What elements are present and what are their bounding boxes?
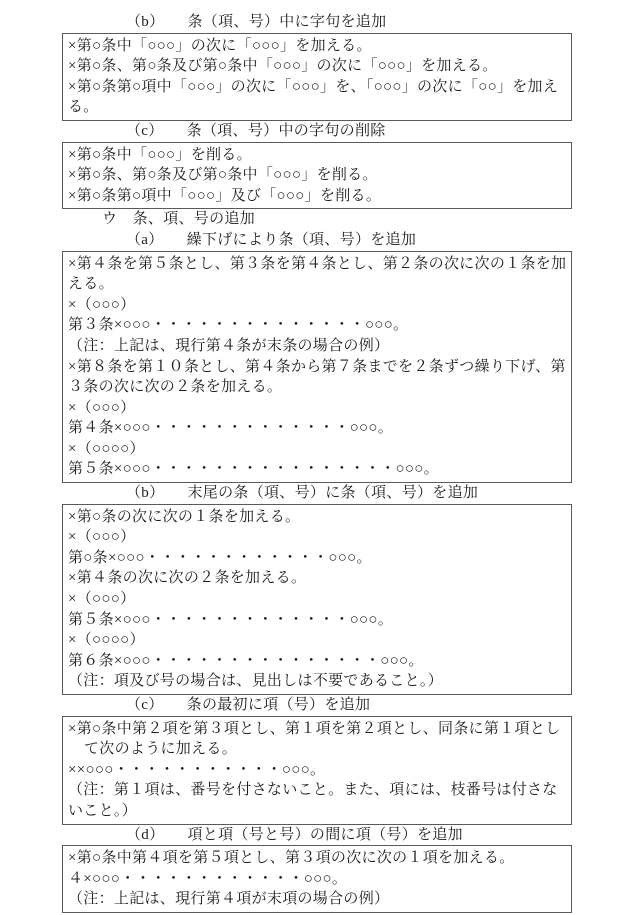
example-line: 第６条×○○○・・・・・・・・・・・・・・・○○○。 <box>68 651 568 672</box>
example-line: ×第○条の次に次の１条を加える。 <box>68 507 568 528</box>
example-line: 第４条×○○○・・・・・・・・・・・・・○○○。 <box>68 418 568 439</box>
example-line: ×第○条中第４項を第５項とし、第３項の次に次の１項を加える。 <box>68 848 568 869</box>
heading-delete-words: （c） 条（項、号）中の字句の削除 <box>0 121 630 142</box>
example-line: ×第○条第○項中「○○○」及び「○○○」を削る。 <box>68 186 568 207</box>
heading-add-by-shift: （a） 繰下げにより条（項、号）を追加 <box>0 230 630 251</box>
example-note-line: （注：第１項は、番号を付さないこと。また、項には、枝番号は付さないこと。） <box>68 780 568 821</box>
example-line: ×第○条中第２項を第３項とし、第１項を第２項とし、同条に第１項として次のように加… <box>68 719 568 760</box>
example-box-delete-words: ×第○条中「○○○」を削る。 ×第○条、第○条及び第○条中「○○○」を削る。 ×… <box>62 142 572 210</box>
example-line: ×（○○○） <box>68 527 568 548</box>
example-line: 第○条×○○○・・・・・・・・・・・・○○○。 <box>68 548 568 569</box>
heading-add-at-end: （b） 末尾の条（項、号）に条（項、号）を追加 <box>0 483 630 504</box>
heading-insert-words: （b） 条（項、号）中に字句を追加 <box>0 12 630 33</box>
example-box-add-between: ×第○条中第４項を第５項とし、第３項の次に次の１項を加える。 ４×○○○・・・・… <box>62 845 572 913</box>
example-line: ××○○○・・・・・・・・・・・○○○。 <box>68 760 568 781</box>
example-line: ×第○条、第○条及び第○条中「○○○」を削る。 <box>68 165 568 186</box>
example-line: 第５条×○○○・・・・・・・・・・・・・・・・○○○。 <box>68 459 568 480</box>
example-note-line: （注：上記は、現行第４項が末項の場合の例） <box>68 889 568 910</box>
example-line: ×（○○○○） <box>68 439 568 460</box>
heading-add-first-para: （c） 条の最初に項（号）を追加 <box>0 695 630 716</box>
example-box-insert-words: ×第○条中「○○○」の次に「○○○」を加える。 ×第○条、第○条及び第○条中「○… <box>62 33 572 121</box>
example-box-add-by-shift: ×第４条を第５条とし、第３条を第４条とし、第２条の次に次の１条を加える。 ×（○… <box>62 251 572 484</box>
example-note-line: （注：項及び号の場合は、見出しは不要であること。） <box>68 671 568 692</box>
heading-add-articles: ウ 条、項、号の追加 <box>0 209 630 230</box>
example-line: 第５条×○○○・・・・・・・・・・・・・○○○。 <box>68 610 568 631</box>
example-line: ×（○○○） <box>68 589 568 610</box>
example-line: ×第８条を第１０条とし、第４条から第７条までを２条ずつ繰り下げ、第３条の次に次の… <box>68 357 568 398</box>
example-box-add-first-para: ×第○条中第２項を第３項とし、第１項を第２項とし、同条に第１項として次のように加… <box>62 716 572 825</box>
example-line: ×第○条中「○○○」の次に「○○○」を加える。 <box>68 36 568 57</box>
example-box-add-at-end: ×第○条の次に次の１条を加える。 ×（○○○） 第○条×○○○・・・・・・・・・… <box>62 504 572 695</box>
example-line: ×（○○○○） <box>68 630 568 651</box>
example-line: ×（○○○） <box>68 295 568 316</box>
example-line: ４×○○○・・・・・・・・・・・・○○○。 <box>68 869 568 890</box>
example-line: ×第○条、第○条及び第○条中「○○○」の次に「○○○」を加える。 <box>68 56 568 77</box>
example-line: ×第○条第○項中「○○○」の次に「○○○」を、「○○○」の次に「○○」を加える。 <box>68 77 568 118</box>
example-line: ×第４条を第５条とし、第３条を第４条とし、第２条の次に次の１条を加える。 <box>68 254 568 295</box>
heading-add-between: （d） 項と項（号と号）の間に項（号）を追加 <box>0 825 630 846</box>
example-line: ×第４条の次に次の２条を加える。 <box>68 568 568 589</box>
example-note-line: （注：上記は、現行第４条が末条の場合の例） <box>68 336 568 357</box>
example-line: 第３条×○○○・・・・・・・・・・・・・・○○○。 <box>68 315 568 336</box>
example-line: ×（○○○） <box>68 398 568 419</box>
legal-drafting-style-document: （b） 条（項、号）中に字句を追加 ×第○条中「○○○」の次に「○○○」を加える… <box>0 0 630 913</box>
example-line: ×第○条中「○○○」を削る。 <box>68 145 568 166</box>
